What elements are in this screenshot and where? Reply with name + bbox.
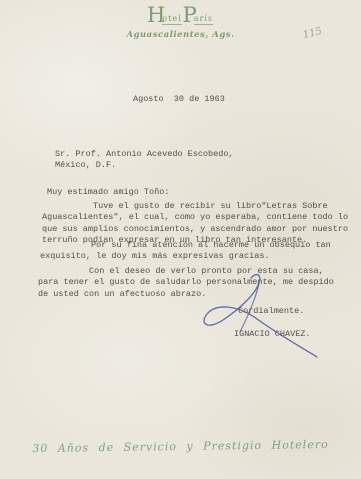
typed-letter-content: Agosto 30 de 1963 Sr. Prof. Antonio Acev…: [0, 0, 361, 479]
scanned-letter-document: HotelParís Aguascalientes, Ags. 115 Agos…: [0, 0, 361, 479]
recipient-city: México, D.F.: [55, 160, 116, 170]
body-paragraph: Por su fina atención al hacerme un obseq…: [40, 240, 331, 263]
handwritten-signature-icon: [196, 272, 331, 364]
recipient-block: Sr. Prof. Antonio Acevedo Escobedo, Méxi…: [55, 149, 234, 172]
salutation: Muy estimado amigo Toño:: [47, 187, 169, 198]
recipient-name: Sr. Prof. Antonio Acevedo Escobedo,: [55, 149, 234, 159]
date-line: Agosto 30 de 1963: [133, 94, 225, 105]
